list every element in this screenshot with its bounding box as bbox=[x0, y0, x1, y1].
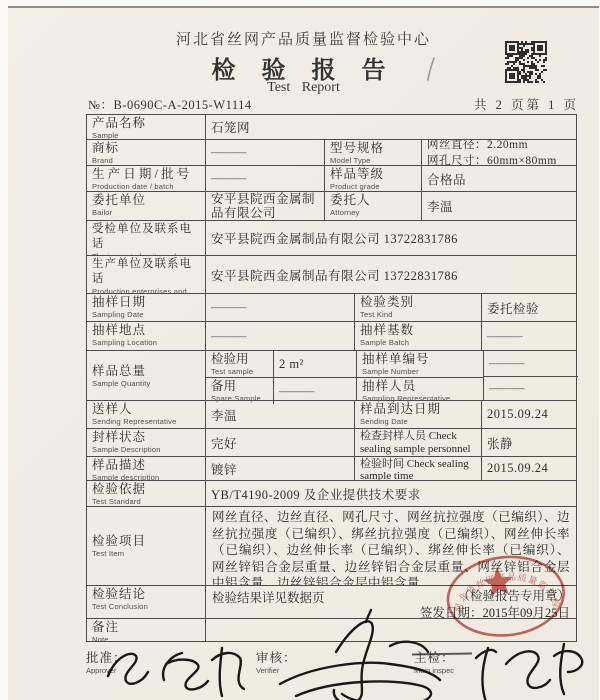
subrow-test-sample: 检验用Test sample 2 m² bbox=[206, 351, 356, 377]
value-sealing-state: 完好 bbox=[205, 429, 354, 456]
label-sampling-date: 抽样日期Sampling Date bbox=[87, 294, 205, 321]
sample-quantity-subtable: 检验用Test sample 2 m² 备用Spare Sample ——— bbox=[205, 351, 356, 400]
page-count: 共 2 页第 1 页 bbox=[474, 95, 579, 113]
label-product-name: 产品名称Sample bbox=[87, 115, 205, 139]
pen-mark bbox=[424, 56, 438, 82]
value-sampling-location: ——— bbox=[205, 322, 354, 350]
label-bailor: 委托单位Bailor bbox=[87, 192, 205, 220]
value-test-kind: 委托检验 bbox=[481, 294, 576, 321]
paper-sheet: 河北省丝网产品质量监督检验中心 检 验 报 告 Test Report №：B-… bbox=[8, 6, 599, 700]
label-model-type: 型号规格Model Type bbox=[324, 140, 421, 165]
value-production-unit: 安平县院西金属制品有限公司 13722831786 bbox=[205, 256, 576, 293]
conclusion-text: 检验结果详见数据页 bbox=[212, 588, 325, 606]
value-sealing-checker: 张静 bbox=[481, 429, 576, 456]
value-sender: 李温 bbox=[205, 401, 354, 428]
label-product-grade: 样品等级Product grade bbox=[324, 166, 421, 191]
label-sample-batch: 抽样基数Sample Batch bbox=[354, 322, 481, 350]
scanned-test-report: 河北省丝网产品质量监督检验中心 检 验 报 告 Test Report №：B-… bbox=[0, 0, 600, 700]
value-sample-batch: ——— bbox=[481, 322, 576, 350]
table-row: 生产单位及联系电话Production enterprises and cont… bbox=[87, 255, 576, 293]
verifier-signature bbox=[270, 608, 448, 700]
value-test-time: 2015.09.24 bbox=[481, 457, 576, 480]
value-sampling-date: ——— bbox=[205, 294, 354, 321]
report-number: №：B-0690C-A-2015-W1114 bbox=[88, 95, 252, 113]
label-sample-description: 样品描述Sample description bbox=[87, 457, 205, 480]
table-row: 委托单位Bailor 安平县院西金属制品有限公司 委托人Attorney 李温 bbox=[87, 191, 576, 220]
value-product-grade: 合格品 bbox=[421, 166, 576, 191]
subrow-value: ——— bbox=[484, 351, 578, 376]
label-test-item: 检验项目Test Item bbox=[87, 507, 205, 585]
table-row: 封样状态Sample Description 完好 检查封样人员 Check s… bbox=[87, 428, 576, 456]
sample-number-subtable: 抽样单编号Sample Number 抽样人员Sampling Represen… bbox=[356, 351, 483, 400]
value-attorney: 李温 bbox=[421, 192, 576, 220]
table-row: 产品名称Sample 石笼网 bbox=[87, 115, 576, 139]
value-arrival-date: 2015.09.24 bbox=[481, 401, 576, 428]
value-model-type: 网丝直径：2.20mm网孔尺寸：60mm×80mm bbox=[421, 140, 576, 165]
value-production-date: ——— bbox=[205, 166, 324, 191]
value-bailor: 安平县院西金属制品有限公司 bbox=[205, 192, 324, 220]
subrow-sampling-rep: 抽样人员Sampling Representative bbox=[357, 377, 483, 404]
label-inspected-unit: 受检单位及联系电话The inspected units and contact… bbox=[87, 221, 205, 255]
table-row: 受检单位及联系电话The inspected units and contact… bbox=[87, 220, 576, 255]
table-row: 商标Brand ——— 型号规格Model Type 网丝直径：2.20mm网孔… bbox=[87, 139, 576, 165]
subrow-spare-sample: 备用Spare Sample ——— bbox=[206, 377, 356, 404]
table-row: 检验依据Test Standard YB/T4190-2009 及企业提供技术要… bbox=[87, 480, 576, 506]
value-brand: ——— bbox=[205, 140, 324, 165]
label-sample-quantity: 样品总量Sample Quantity bbox=[87, 351, 205, 400]
label-test-sample: 检验用Test sample bbox=[206, 351, 273, 377]
label-conclusion: 检验结论Test Conclusion bbox=[87, 586, 205, 618]
label-sealing-checker: 检查封样人员 Check sealing sample personnel bbox=[354, 429, 481, 456]
value-test-sample: 2 m² bbox=[273, 351, 356, 377]
value-sampling-rep: ——— bbox=[484, 377, 578, 401]
label-sample-number: 抽样单编号Sample Number bbox=[357, 351, 483, 377]
table-row: 抽样地点Sampling Location ——— 抽样基数Sample Bat… bbox=[87, 321, 576, 350]
label-test-kind: 检验类别Test Kind bbox=[354, 294, 481, 321]
official-seal-stamp: 河北省丝网产品质量监督检验中心 bbox=[433, 541, 583, 655]
label-production-date: 生 产 日 期 / 批 号Production date / batch bbox=[87, 166, 205, 191]
value-product-name: 石笼网 bbox=[205, 115, 576, 139]
label-test-standard: 检验依据Test Standard bbox=[87, 481, 205, 506]
value-inspected-unit: 安平县院西金属制品有限公司 13722831786 bbox=[205, 221, 576, 255]
label-test-time: 检验时间 Check sealing sample time bbox=[354, 457, 481, 480]
qr-code-icon bbox=[505, 41, 547, 83]
report-number-row: №：B-0690C-A-2015-W1114 共 2 页第 1 页 bbox=[88, 95, 579, 113]
label-sealing-state: 封样状态Sample Description bbox=[87, 429, 205, 456]
sample-number-values: ——— ——— bbox=[483, 351, 578, 400]
label-arrival-date: 样品到达日期Sending Date bbox=[354, 401, 481, 428]
table-row: 样品总量Sample Quantity 检验用Test sample 2 m² … bbox=[87, 350, 576, 400]
value-sample-description: 镀锌 bbox=[205, 457, 354, 480]
approver-signature bbox=[100, 638, 250, 700]
value-test-standard: YB/T4190-2009 及企业提供技术要求 bbox=[205, 481, 576, 506]
table-row: 样品描述Sample description 镀锌 检验时间 Check sea… bbox=[87, 456, 576, 480]
table-row: 生 产 日 期 / 批 号Production date / batch ———… bbox=[87, 165, 576, 191]
label-brand: 商标Brand bbox=[87, 140, 205, 165]
subrow-value: ——— bbox=[484, 376, 578, 401]
label-attorney: 委托人Attorney bbox=[324, 192, 421, 220]
label-production-unit: 生产单位及联系电话Production enterprises and cont… bbox=[87, 256, 205, 293]
label-sampling-location: 抽样地点Sampling Location bbox=[87, 322, 205, 350]
label-sender: 送样人Sending Representative bbox=[87, 401, 205, 428]
subrow-sample-number: 抽样单编号Sample Number bbox=[357, 351, 483, 377]
value-sample-number: ——— bbox=[484, 351, 578, 376]
table-row: 送样人Sending Representative 李温 样品到达日期Sendi… bbox=[87, 400, 576, 428]
table-row: 抽样日期Sampling Date ——— 检验类别Test Kind 委托检验 bbox=[87, 293, 576, 321]
